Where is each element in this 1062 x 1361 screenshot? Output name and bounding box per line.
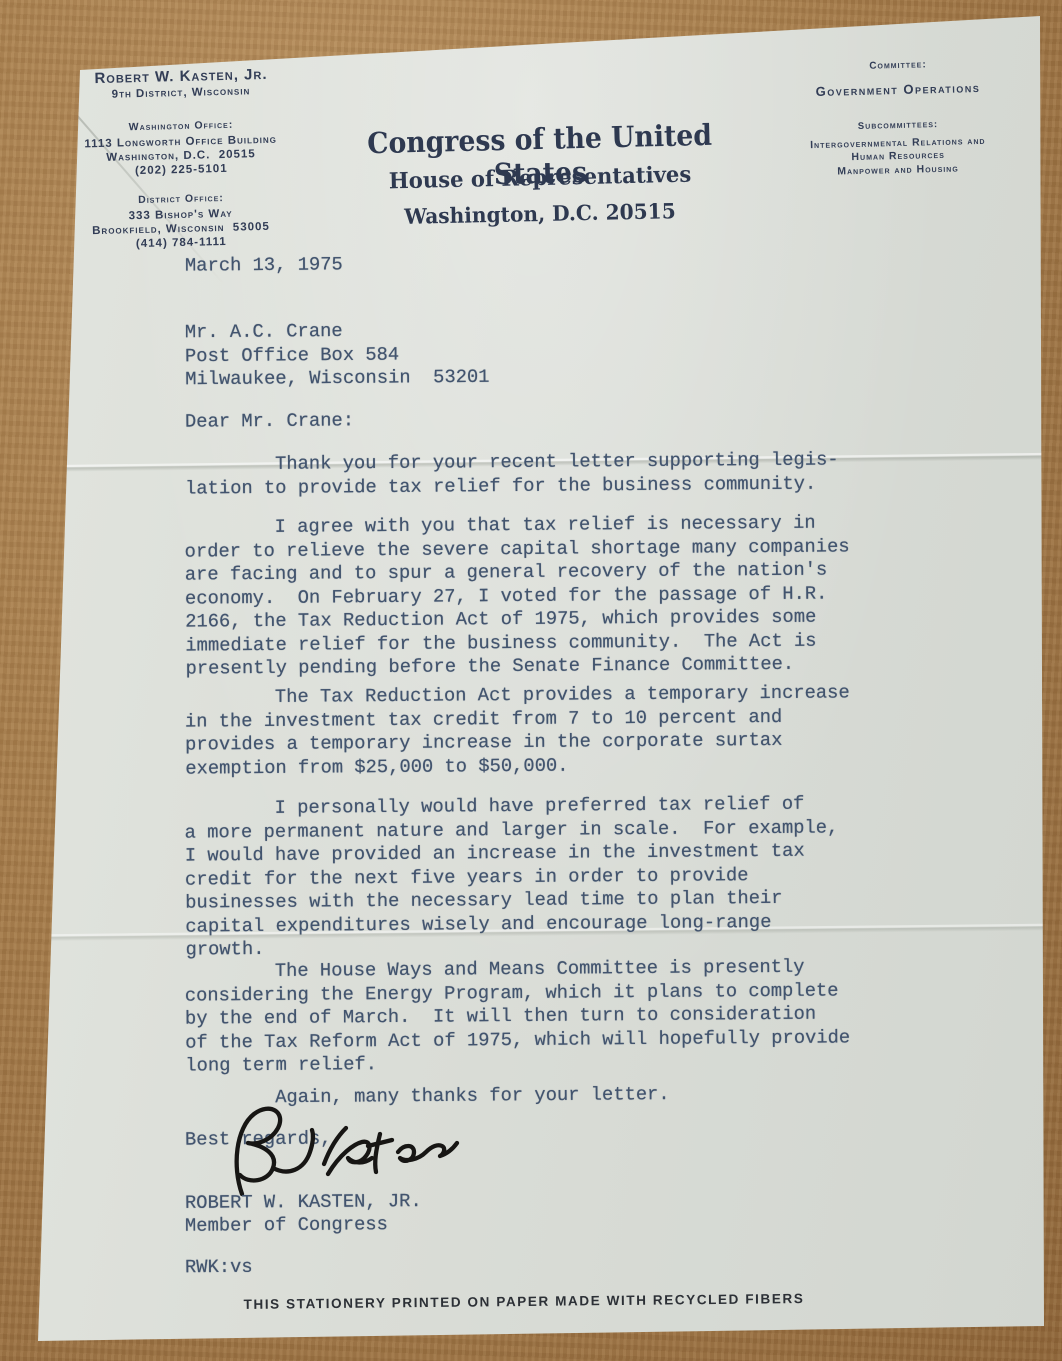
committee-name: Government Operations: [778, 79, 1018, 100]
reference-initials: RWK:vs: [185, 1256, 253, 1280]
paragraph-2: I agree with you that tax relief is nece…: [184, 511, 850, 681]
subcommittees-label: Subcommittees:: [778, 117, 1018, 134]
signature-image: [212, 1102, 462, 1202]
signer-typed-name: ROBERT W. KASTEN, JR.: [185, 1190, 422, 1215]
signer-title: Member of Congress: [185, 1213, 388, 1238]
recipient-address: Mr. A.C. Crane Post Office Box 584 Milwa…: [185, 319, 490, 392]
paragraph-5: The House Ways and Means Committee is pr…: [185, 955, 851, 1078]
paragraph-1: Thank you for your recent letter support…: [185, 448, 839, 500]
scan-background: Robert W. Kasten, Jr. 9th District, Wisc…: [0, 0, 1062, 1361]
washington-office-address: 1113 Longworth Office Building Washingto…: [50, 132, 313, 180]
district-office-address: 333 Bishop's Way Brookfield, Wisconsin 5…: [50, 205, 313, 253]
paragraph-4: I personally would have preferred tax re…: [184, 792, 839, 962]
recycled-paper-notice: THIS STATIONERY PRINTED ON PAPER MADE WI…: [0, 1289, 1048, 1315]
subcommittee-1: Intergovernmental Relations and Human Re…: [778, 134, 1019, 165]
committee-label: Committee:: [778, 57, 1018, 74]
paragraph-3: The Tax Reduction Act provides a tempora…: [185, 681, 851, 780]
letter-paper: Robert W. Kasten, Jr. 9th District, Wisc…: [0, 0, 1062, 1361]
letter-date: March 13, 1975: [185, 253, 343, 278]
salutation: Dear Mr. Crane:: [185, 409, 354, 434]
washington-dc-line: Washington, D.C. 20515: [324, 196, 756, 230]
